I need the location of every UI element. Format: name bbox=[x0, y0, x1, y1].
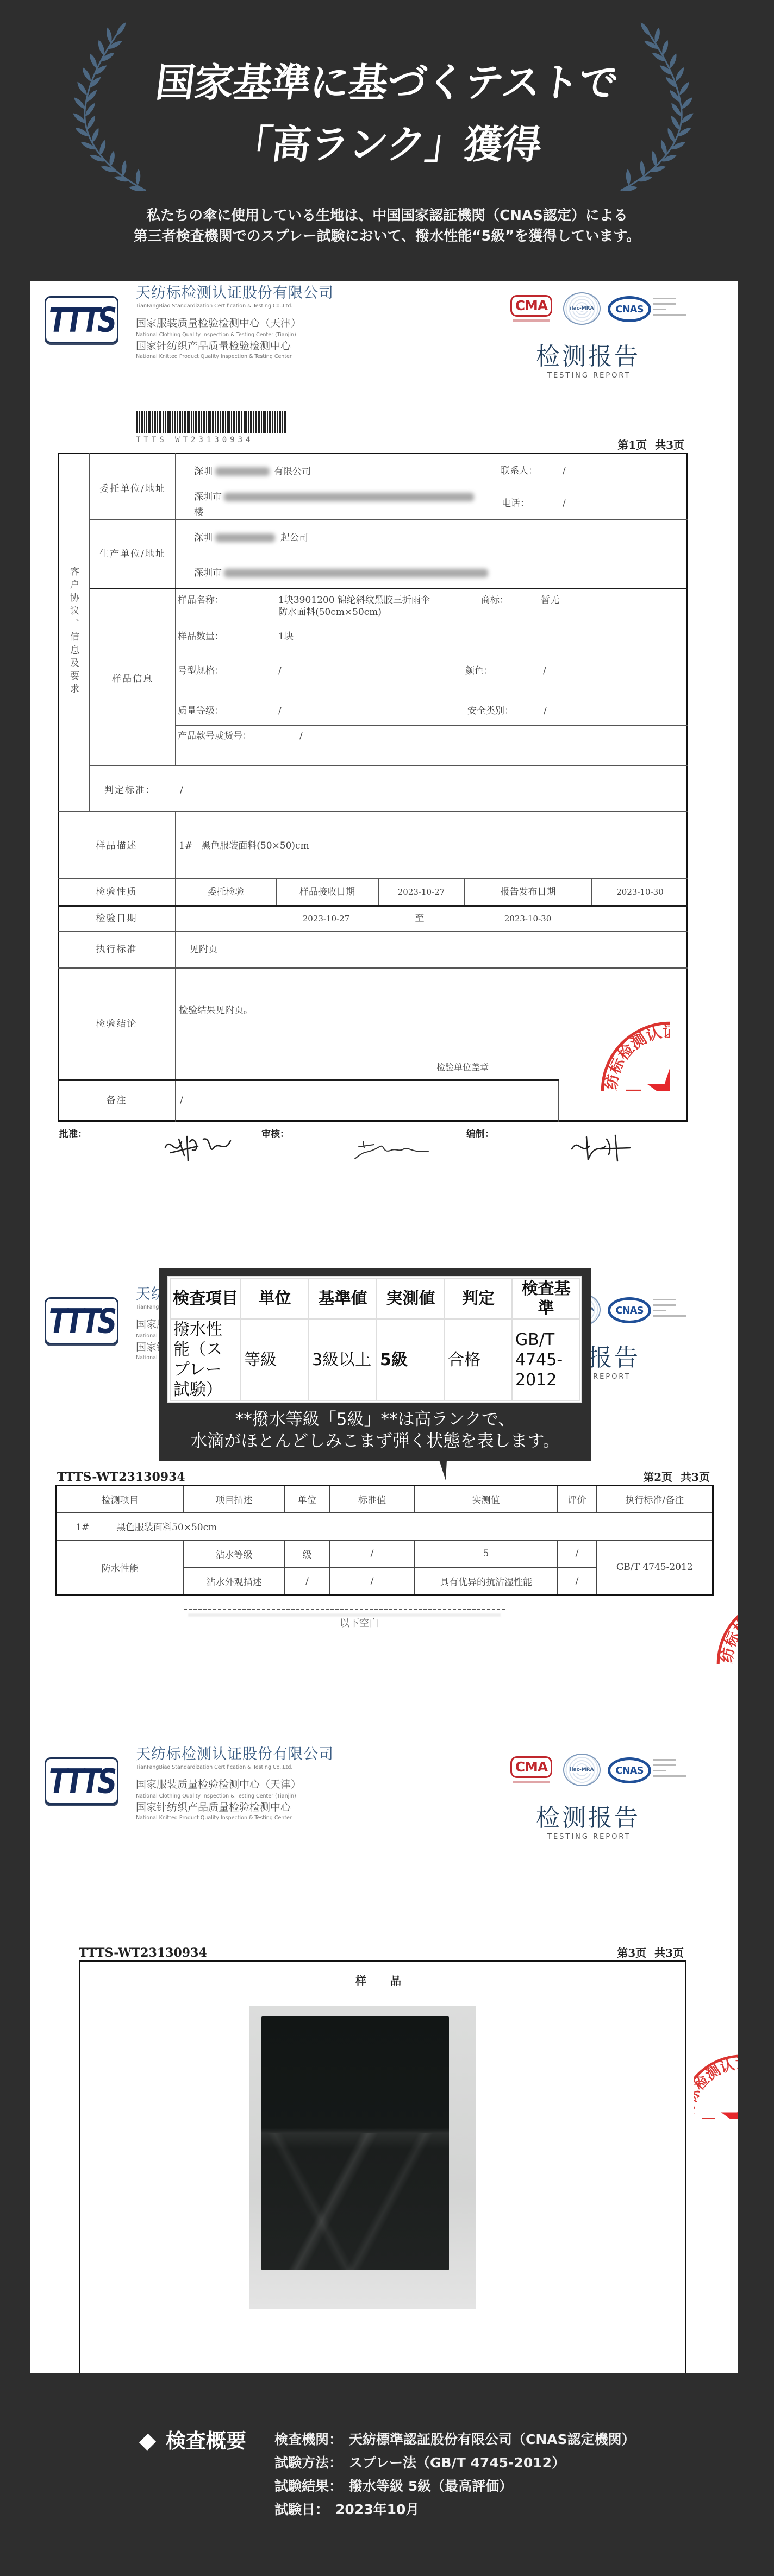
page-number-3: 第3页 共3页 bbox=[617, 1946, 684, 1959]
test-date-label: 检验日期 bbox=[58, 913, 176, 924]
test-item-cell: 撥水性能（スプレー試験） bbox=[170, 1319, 241, 1400]
summary-item-date: 試験日：2023年10月 bbox=[274, 2498, 635, 2521]
end-divider bbox=[184, 1609, 505, 1610]
grade-label: 质量等级： bbox=[178, 706, 224, 717]
test-results-table: 检测项目 项目描述 单位 标准值 实测值 评价 执行标准/备注 1#黑色服装面料… bbox=[55, 1485, 714, 1596]
prepare-label: 编制： bbox=[466, 1129, 494, 1140]
ilac-mra-logo-icon: ilac-MRA bbox=[563, 292, 601, 325]
cma-logo-icon: CMA bbox=[510, 1756, 552, 1786]
evaluation-cell: / bbox=[558, 1568, 597, 1595]
signature-approver-icon bbox=[160, 1131, 237, 1161]
summary-label: 試験日： bbox=[274, 2502, 329, 2517]
report-number-page3: TTTS-WT23130934 bbox=[79, 1946, 207, 1959]
evaluation-cell: / bbox=[558, 1540, 597, 1568]
official-seal-icon bbox=[694, 1983, 738, 2119]
criteria-value: / bbox=[180, 785, 183, 796]
seal-note: 检验单位盖章 bbox=[436, 1062, 489, 1073]
summary-label: 試験結果： bbox=[274, 2478, 342, 2494]
redacted-text bbox=[224, 569, 488, 577]
sample-number: 1# bbox=[76, 1522, 89, 1533]
standard-value-cell: 3級以上 bbox=[309, 1319, 377, 1400]
quantity-value: 1块 bbox=[278, 631, 294, 642]
standard-value-cell: / bbox=[330, 1568, 415, 1595]
summary-value: 撥水等級 5級（最高評価） bbox=[349, 2478, 513, 2494]
end-note: 以下空白 bbox=[340, 1618, 379, 1629]
highlight-result-table: 検査項目 単位 基準値 実測値 判定 検査基準 撥水性能（スプレー試験） 等級 … bbox=[170, 1278, 580, 1401]
issued-date-value: 2023-10-30 bbox=[592, 887, 688, 897]
test-report-document: TTTS 天纺标检测认证股份有限公司 TianFangBiao Standard… bbox=[30, 281, 738, 2373]
company-name-en: TianFangBiao Standardization Certificati… bbox=[136, 1764, 292, 1771]
manufacturer-name-suffix: 起公司 bbox=[280, 532, 308, 543]
hero-title-line1: 国家基準に基づくテストで bbox=[0, 61, 774, 104]
column-header: 实测值 bbox=[415, 1486, 558, 1512]
approve-label: 批准： bbox=[59, 1129, 87, 1140]
summary-value: 2023年10月 bbox=[335, 2502, 419, 2517]
table-row: 防水性能 沾水等级 级 / 5 / GB/T 4745-2012 bbox=[57, 1540, 713, 1568]
test-date-separator: 至 bbox=[413, 913, 426, 924]
official-seal-icon bbox=[523, 944, 670, 1091]
nature-label: 检验性质 bbox=[58, 887, 176, 897]
color-label: 颜色： bbox=[465, 665, 493, 676]
callout-caption-line1: **撥水等級「5級」**は高ランクで、 bbox=[159, 1409, 591, 1430]
report-title-en: TESTING REPORT bbox=[547, 1833, 631, 1841]
center1-name-en: National Clothing Quality Inspection & T… bbox=[136, 1793, 296, 1800]
redacted-text bbox=[215, 533, 275, 542]
black-fabric-sample-image bbox=[261, 2016, 449, 2270]
accreditation-note bbox=[653, 1299, 686, 1323]
received-date-value: 2023-10-27 bbox=[378, 887, 464, 897]
ttts-logo-icon: TTTS bbox=[45, 296, 118, 343]
report-title-en: TESTING REPORT bbox=[547, 372, 631, 380]
center2-name-en: National Knitted Product Quality Inspect… bbox=[136, 354, 292, 360]
table-header-row: 検査項目 単位 基準値 実測値 判定 検査基準 bbox=[170, 1279, 580, 1319]
manufacturer-label: 生产单位/地址 bbox=[90, 549, 176, 560]
official-seal-icon bbox=[696, 1520, 738, 1664]
column-header: 判定 bbox=[445, 1279, 512, 1319]
diamond-bullet-icon bbox=[139, 2434, 156, 2451]
center2-name-en: National Knitted Product Quality Inspect… bbox=[136, 1815, 292, 1821]
client-name-suffix: 有限公司 bbox=[274, 466, 311, 477]
accreditation-note bbox=[653, 1759, 686, 1783]
faint-footnote bbox=[188, 1613, 501, 1617]
signature-preparer-icon bbox=[567, 1133, 633, 1163]
conclusion-label: 检验结论 bbox=[58, 1019, 176, 1029]
client-label: 委托单位/地址 bbox=[90, 483, 176, 494]
center2-name-cn: 国家针纺织产品质量检验检测中心 bbox=[136, 340, 291, 353]
style-no-label: 产品款号或货号： bbox=[178, 731, 252, 742]
page-number-1: 第1页 共3页 bbox=[617, 438, 684, 451]
center2-name-cn: 国家针纺织产品质量检验检测中心 bbox=[136, 1801, 291, 1814]
sample-description: 黑色服装面料50×50cm bbox=[116, 1522, 217, 1533]
company-name-cn: 天纺标检测认证股份有限公司 bbox=[136, 1746, 334, 1763]
remarks-value: / bbox=[180, 1095, 183, 1106]
callout-pointer-icon bbox=[438, 1460, 448, 1481]
issued-date-label: 报告发布日期 bbox=[464, 887, 592, 897]
ilac-mra-logo-icon: ilac-MRA bbox=[563, 1754, 601, 1786]
item-description-cell: 沾水等级 bbox=[184, 1540, 285, 1568]
company-name-en: TianFangBiao Standardization Certificati… bbox=[136, 303, 292, 310]
description-label: 样品描述 bbox=[58, 840, 176, 851]
size-label: 号型规格： bbox=[178, 665, 224, 676]
header-divider bbox=[128, 1287, 128, 1388]
report-title-cn: 检测报告 bbox=[536, 1805, 645, 1831]
center1-name-cn: 国家服装质量检验检测中心（天津） bbox=[136, 1778, 301, 1791]
sample-name-value-line2: 防水面料(50cm×50cm) bbox=[278, 607, 382, 618]
safety-value: / bbox=[544, 706, 547, 717]
summary-label: 試験方法： bbox=[274, 2455, 342, 2471]
size-value: / bbox=[278, 665, 282, 676]
sample-row: 1#黑色服装面料50×50cm bbox=[57, 1512, 713, 1540]
header-divider bbox=[128, 1748, 128, 1848]
hero-subtitle-line1: 私たちの傘に使用している生地は、中国国家認証機関（CNAS認定）による bbox=[0, 205, 774, 226]
test-date-from: 2023-10-27 bbox=[294, 913, 359, 924]
brand-value: 暂无 bbox=[541, 595, 559, 606]
manufacturer-address-prefix: 深圳市 bbox=[194, 568, 222, 579]
sample-section-title: 样 品 bbox=[327, 1972, 435, 1988]
cnas-logo-icon: CNAS bbox=[608, 296, 651, 322]
signature-reviewer-icon bbox=[352, 1137, 430, 1161]
callout-caption-line2: 水滴がほとんどしみこまず弾く状態を表します。 bbox=[159, 1430, 591, 1452]
accreditation-note bbox=[653, 298, 686, 322]
contact-value: / bbox=[563, 466, 566, 476]
test-standard-cell: GB/T 4745-2012 bbox=[512, 1319, 580, 1400]
column-header: 评价 bbox=[558, 1486, 597, 1512]
section-label-vertical: 客户协议、信息及要求 bbox=[58, 453, 90, 811]
report-number-page2: TTTS-WT23130934 bbox=[57, 1471, 185, 1484]
barcode-icon bbox=[136, 411, 286, 433]
barcode-number: TTTS WT23130934 bbox=[136, 436, 286, 444]
report-header-page3: TTTS 天纺标检测认证股份有限公司 TianFangBiao Standard… bbox=[30, 1743, 738, 1851]
hero-title-line2: 「高ランク」獲得 bbox=[0, 123, 774, 166]
remarks-label: 备注 bbox=[58, 1095, 176, 1106]
center1-name-en: National Clothing Quality Inspection & T… bbox=[136, 332, 296, 338]
unit-cell: 等級 bbox=[241, 1319, 309, 1400]
column-header: 基準値 bbox=[309, 1279, 377, 1319]
summary-item-method: 試験方法：スプレー法（GB/T 4745-2012） bbox=[274, 2451, 635, 2474]
summary-label: 検査機関： bbox=[274, 2432, 342, 2447]
standard-value-cell: / bbox=[330, 1540, 415, 1568]
test-date-to: 2023-10-30 bbox=[495, 913, 560, 924]
client-address-prefix: 深圳市 bbox=[194, 492, 222, 502]
manufacturer-name-prefix: 深圳 bbox=[194, 532, 213, 543]
summary-item-result: 試験結果：撥水等級 5級（最高評価） bbox=[274, 2474, 635, 2498]
style-no-value: / bbox=[299, 731, 303, 742]
cnas-logo-icon: CNAS bbox=[608, 1297, 651, 1323]
seam-seal-fragment bbox=[694, 1982, 738, 2123]
standard-label: 执行标准 bbox=[58, 944, 176, 955]
laurel-right-icon bbox=[598, 22, 707, 201]
sample-photo bbox=[249, 2006, 476, 2309]
column-header: 検査基準 bbox=[512, 1279, 580, 1319]
official-seal-icon bbox=[678, 516, 738, 661]
method-cell: GB/T 4745-2012 bbox=[597, 1540, 713, 1595]
column-header: 検査項目 bbox=[170, 1279, 241, 1319]
nature-value: 委托检验 bbox=[176, 887, 276, 897]
grade-value: / bbox=[278, 706, 282, 717]
company-name-cn: 天纺标检测认证股份有限公司 bbox=[136, 285, 334, 302]
review-label: 审核： bbox=[261, 1129, 289, 1140]
hero-section: 国家基準に基づくテストで 「高ランク」獲得 私たちの傘に使用している生地は、中国… bbox=[0, 0, 774, 281]
client-name-prefix: 深圳 bbox=[194, 466, 213, 477]
sample-info-label: 样品信息 bbox=[90, 674, 176, 684]
conclusion-value: 检验结果见附页。 bbox=[179, 1005, 253, 1016]
item-description-cell: 沾水外观描述 bbox=[184, 1568, 285, 1595]
contact-label: 联系人： bbox=[501, 466, 538, 476]
safety-label: 安全类别： bbox=[467, 706, 514, 717]
unit-cell: / bbox=[285, 1568, 330, 1595]
highlight-table-wrapper: 検査項目 単位 基準値 実測値 判定 検査基準 撥水性能（スプレー試験） 等級 … bbox=[167, 1276, 582, 1403]
column-header: 检测项目 bbox=[57, 1486, 184, 1512]
hero-subtitle: 私たちの傘に使用している生地は、中国国家認証機関（CNAS認定）による 第三者検… bbox=[0, 205, 774, 247]
report-title-cn: 检测报告 bbox=[536, 344, 645, 370]
table-header-row: 检测项目 项目描述 单位 标准值 实测值 评价 执行标准/备注 bbox=[57, 1486, 713, 1512]
redacted-text bbox=[215, 467, 270, 476]
received-date-label: 样品接收日期 bbox=[276, 887, 378, 897]
measured-value-cell: 5級 bbox=[377, 1319, 445, 1400]
header-divider bbox=[128, 286, 128, 387]
sample-cell: 1#黑色服装面料50×50cm bbox=[57, 1512, 713, 1540]
seam-seal-fragment bbox=[696, 1520, 738, 1667]
summary-value: 天紡標準認証股份有限公司（CNAS認定機関） bbox=[349, 2432, 635, 2447]
phone-label: 电话： bbox=[502, 498, 529, 509]
summary-item-agency: 検査機関：天紡標準認証股份有限公司（CNAS認定機関） bbox=[274, 2428, 635, 2451]
client-address-line2: 楼 bbox=[194, 507, 203, 518]
column-header: 执行标准/备注 bbox=[597, 1486, 713, 1512]
measured-value-cell: 具有优异的抗沾湿性能 bbox=[415, 1568, 558, 1595]
color-value: / bbox=[543, 665, 546, 676]
description-value: 1# 黑色服装面料(50×50)cm bbox=[179, 840, 309, 851]
ttts-logo-icon: TTTS bbox=[45, 1297, 118, 1344]
center1-name-cn: 国家服装质量检验检测中心（天津） bbox=[136, 317, 301, 330]
criteria-label: 判定标准： bbox=[104, 785, 156, 796]
column-header: 项目描述 bbox=[184, 1486, 285, 1512]
hero-subtitle-line2: 第三者検査機関でのスプレー試験において、撥水性能“5級”を獲得しています。 bbox=[0, 226, 774, 247]
sample-name-label: 样品名称： bbox=[178, 595, 224, 606]
test-group-cell: 防水性能 bbox=[57, 1540, 184, 1595]
highlight-callout: 検査項目 単位 基準値 実測値 判定 検査基準 撥水性能（スプレー試験） 等級 … bbox=[159, 1268, 591, 1461]
summary-title: 検査概要 bbox=[166, 2429, 246, 2453]
cma-logo-icon: CMA bbox=[510, 295, 552, 324]
column-header: 单位 bbox=[285, 1486, 330, 1512]
laurel-left-icon bbox=[60, 22, 168, 201]
brand-label: 商标： bbox=[481, 595, 509, 606]
table-row: 撥水性能（スプレー試験） 等級 3級以上 5級 合格 GB/T 4745-201… bbox=[170, 1319, 580, 1400]
column-header: 実測値 bbox=[377, 1279, 445, 1319]
redacted-text bbox=[224, 493, 474, 501]
measured-value-cell: 5 bbox=[415, 1540, 558, 1568]
cnas-logo-icon: CNAS bbox=[608, 1757, 651, 1783]
quantity-label: 样品数量： bbox=[178, 631, 224, 642]
page-number-2: 第2页 共3页 bbox=[643, 1471, 710, 1484]
summary-list: 検査機関：天紡標準認証股份有限公司（CNAS認定機関） 試験方法：スプレー法（G… bbox=[274, 2428, 635, 2521]
judgement-cell: 合格 bbox=[445, 1319, 512, 1400]
report-header-page1: TTTS 天纺标检测认证股份有限公司 TianFangBiao Standard… bbox=[30, 281, 738, 390]
sample-name-value: 1块3901200 锦纶斜纹黑胶三折雨伞 bbox=[278, 595, 430, 606]
column-header: 标准值 bbox=[330, 1486, 415, 1512]
column-header: 単位 bbox=[241, 1279, 309, 1319]
unit-cell: 级 bbox=[285, 1540, 330, 1568]
standard-value: 见附页 bbox=[190, 944, 217, 955]
phone-value: / bbox=[563, 498, 566, 509]
ttts-logo-icon: TTTS bbox=[45, 1757, 118, 1805]
summary-value: スプレー法（GB/T 4745-2012） bbox=[349, 2455, 565, 2471]
